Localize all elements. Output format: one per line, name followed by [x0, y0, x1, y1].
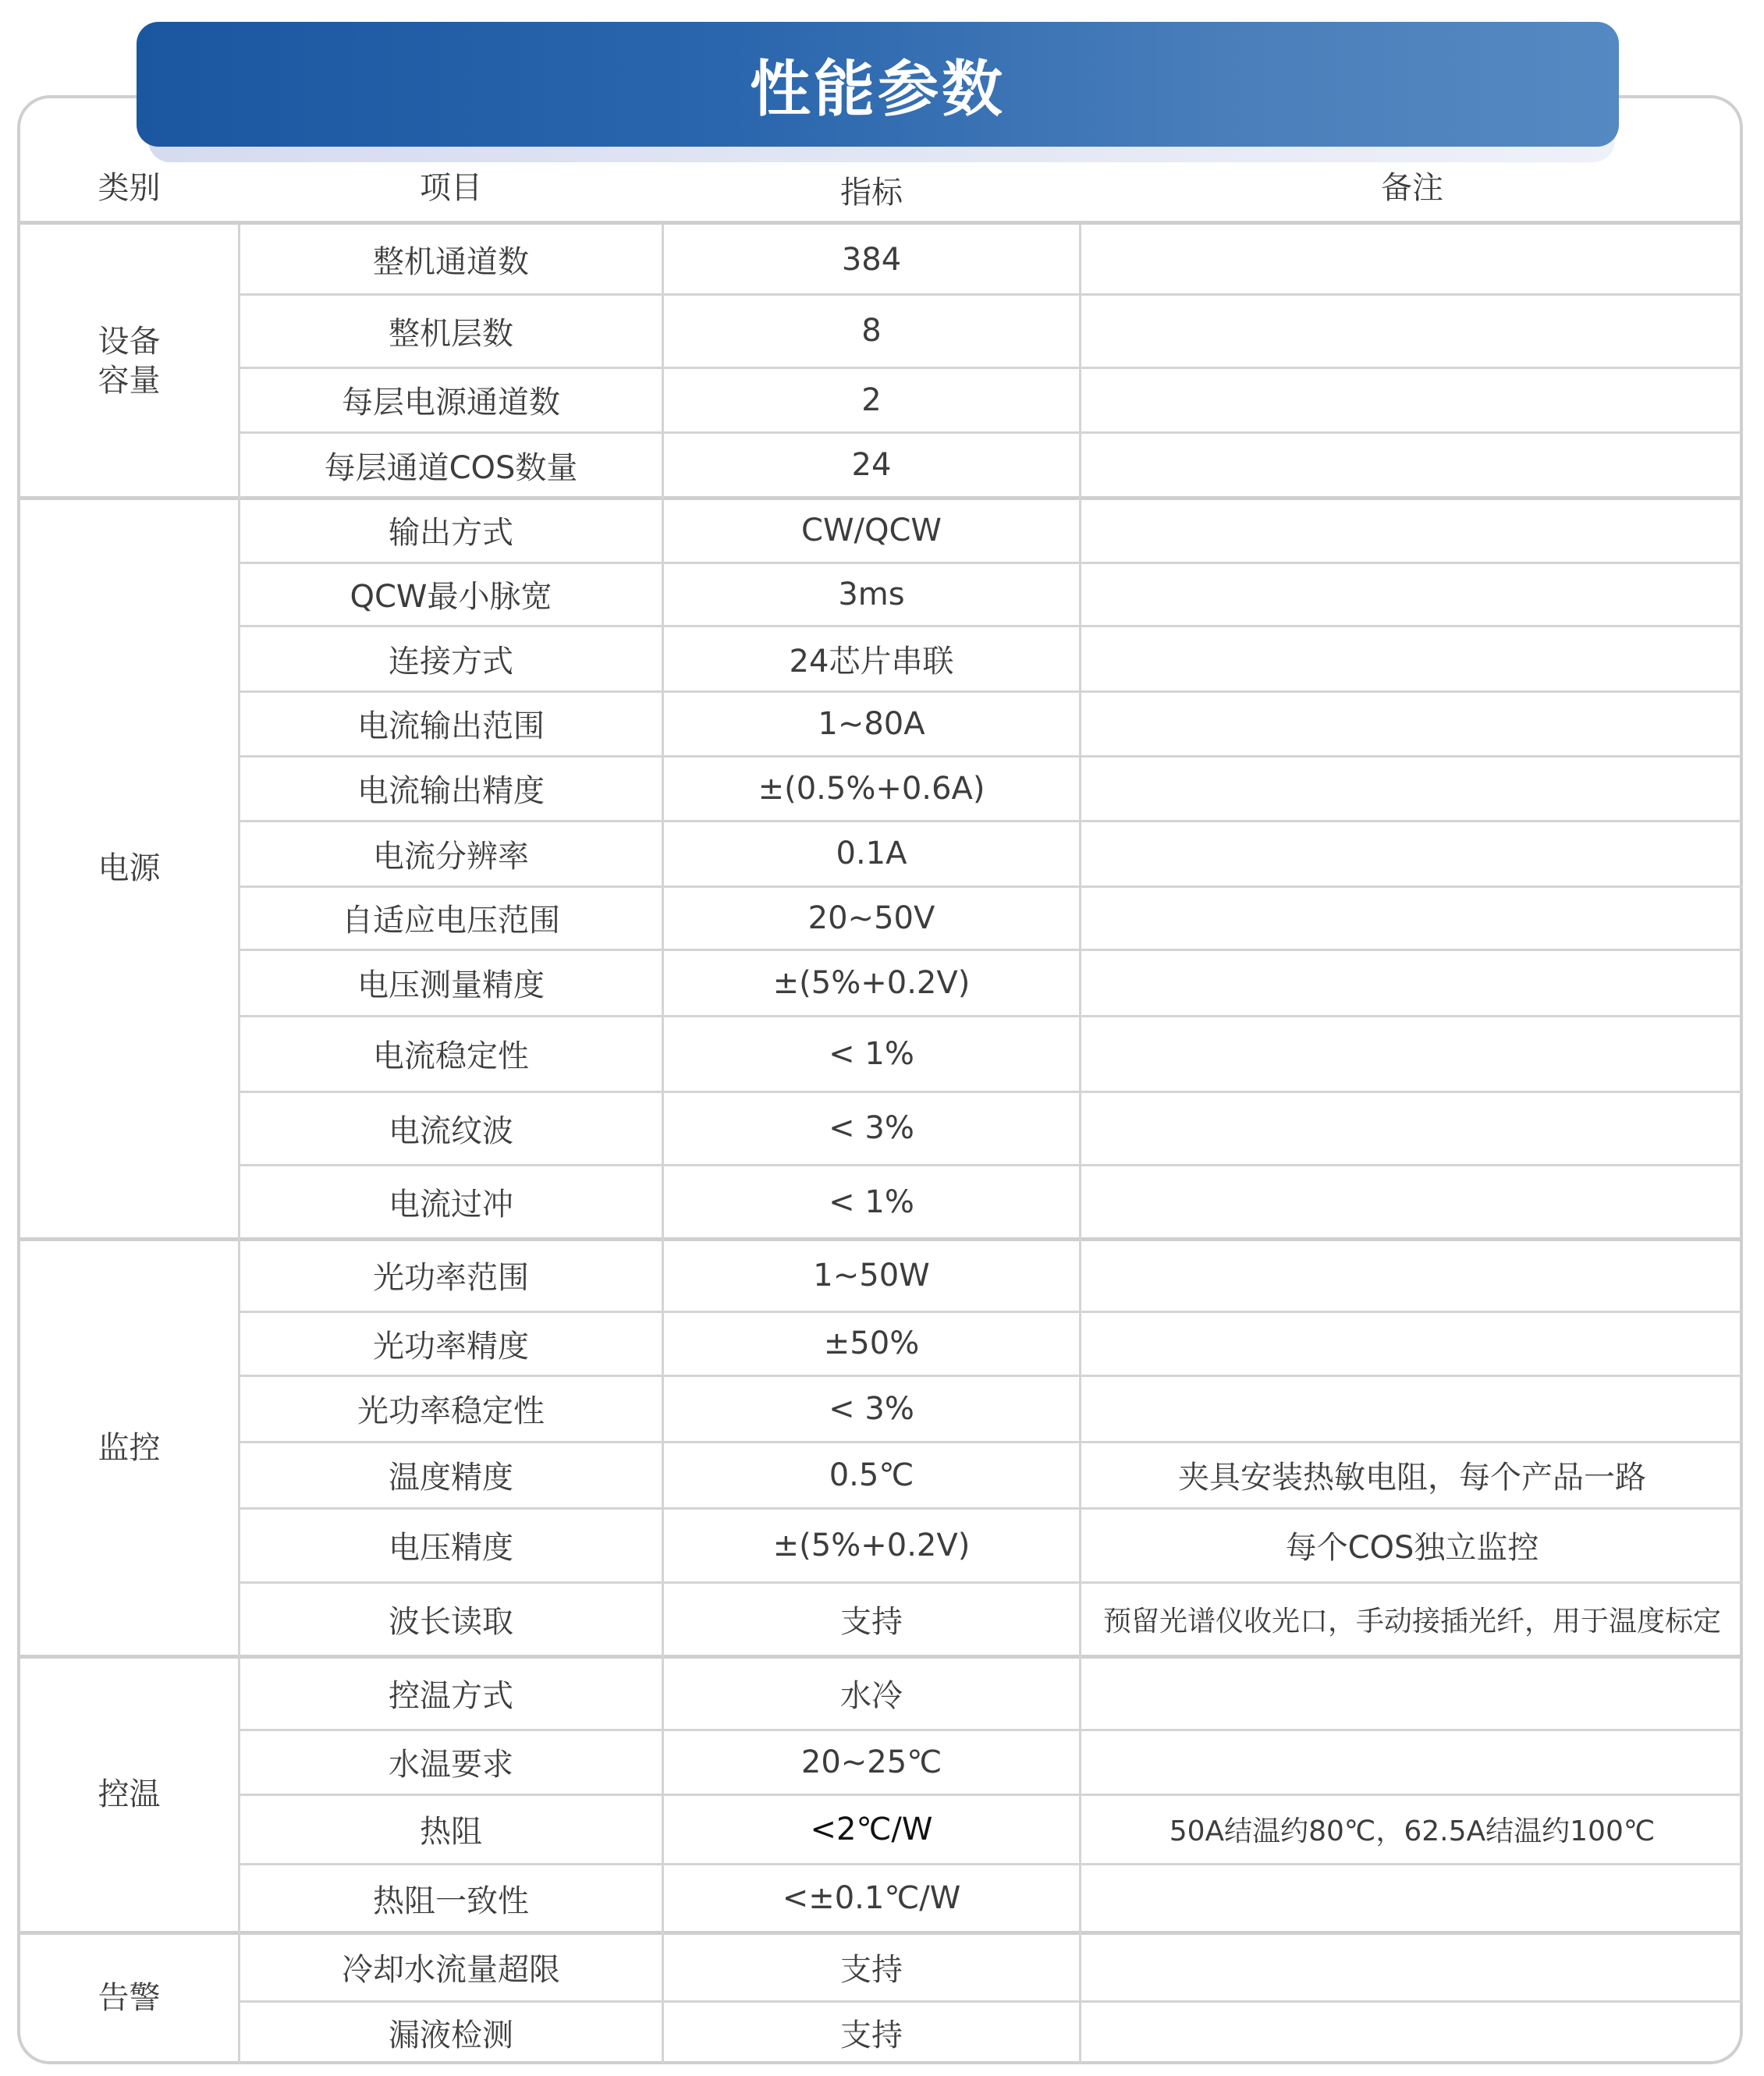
table-cell-note — [1081, 886, 1743, 949]
table-cell-item: QCW最小脉宽 — [240, 562, 662, 626]
table-cell-item: 光功率精度 — [240, 1311, 662, 1375]
table-cell-category: 设备 容量 — [20, 225, 238, 498]
table-cell-note — [1081, 1656, 1743, 1730]
table-cell-note — [1081, 498, 1743, 562]
table-cell-value: 支持 — [664, 2001, 1079, 2064]
table-cell-category: 监控 — [20, 1239, 238, 1656]
table-cell-item: 自适应电压范围 — [240, 886, 662, 949]
table-cell-item: 冷却水流量超限 — [240, 1932, 662, 2001]
table-cell-item: 电压测量精度 — [240, 949, 662, 1016]
table-cell-note — [1081, 294, 1743, 367]
header-category: 类别 — [20, 148, 238, 222]
table-cell-item: 整机层数 — [240, 294, 662, 367]
table-cell-item: 每层通道COS数量 — [240, 432, 662, 498]
header-spec: 指标 — [664, 153, 1079, 226]
table-cell-note — [1081, 1165, 1743, 1239]
table-cell-note: 预留光谱仪收光口，手动接插光纤，用于温度标定 — [1081, 1582, 1743, 1656]
table-cell-value: 0.5℃ — [664, 1442, 1079, 1508]
table-cell-note — [1081, 1932, 1743, 2001]
table-cell-note — [1081, 1375, 1743, 1442]
table-cell-value: <±0.1℃/W — [664, 1864, 1079, 1932]
table-cell-note — [1081, 225, 1743, 294]
table-cell-value: 8 — [664, 294, 1079, 367]
table-cell-value: 3ms — [664, 562, 1079, 626]
table-cell-value: < 3% — [664, 1375, 1079, 1442]
table-cell-value: < 1% — [664, 1016, 1079, 1091]
table-cell-item: 连接方式 — [240, 626, 662, 691]
table-cell-item: 每层电源通道数 — [240, 367, 662, 432]
column-divider — [662, 225, 664, 2064]
table-cell-note — [1081, 1864, 1743, 1932]
table-cell-value: 20~50V — [664, 886, 1079, 949]
table-cell-item: 电流输出精度 — [240, 756, 662, 821]
table-cell-value: 水冷 — [664, 1656, 1079, 1730]
table-cell-item: 波长读取 — [240, 1582, 662, 1656]
table-cell-note — [1081, 626, 1743, 691]
page-title: 性能参数 — [750, 41, 1006, 128]
table-cell-value: 24 — [664, 432, 1079, 498]
table-cell-item: 输出方式 — [240, 498, 662, 562]
title-banner: 性能参数 — [137, 22, 1619, 147]
table-cell-note — [1081, 949, 1743, 1016]
table-cell-value: ±50% — [664, 1311, 1079, 1375]
table-cell-item: 水温要求 — [240, 1730, 662, 1794]
table-cell-note — [1081, 432, 1743, 498]
table-cell-item: 电流纹波 — [240, 1091, 662, 1165]
table-cell-note — [1081, 691, 1743, 756]
table-cell-note: 夹具安装热敏电阻，每个产品一路 — [1081, 1442, 1743, 1508]
column-divider — [1079, 225, 1081, 2064]
table-cell-note — [1081, 367, 1743, 432]
table-cell-value: < 3% — [664, 1091, 1079, 1165]
table-cell-item: 电流过冲 — [240, 1165, 662, 1239]
table-cell-note — [1081, 2001, 1743, 2064]
table-cell-item: 控温方式 — [240, 1656, 662, 1730]
table-cell-note — [1081, 756, 1743, 821]
table-cell-value: CW/QCW — [664, 498, 1079, 562]
header-note: 备注 — [1081, 148, 1743, 222]
table-cell-item: 漏液检测 — [240, 2001, 662, 2064]
table-cell-item: 热阻 — [240, 1794, 662, 1864]
header-item: 项目 — [240, 148, 662, 222]
table-cell-value: ±(0.5%+0.6A) — [664, 756, 1079, 821]
table-cell-value: 支持 — [664, 1582, 1079, 1656]
table-cell-value: 2 — [664, 367, 1079, 432]
table-cell-value: 384 — [664, 225, 1079, 294]
table-cell-item: 电压精度 — [240, 1508, 662, 1582]
table-cell-note: 每个COS独立监控 — [1081, 1508, 1743, 1582]
table-cell-value: 1~50W — [664, 1239, 1079, 1311]
table-cell-item: 电流分辨率 — [240, 821, 662, 886]
table-cell-item: 光功率范围 — [240, 1239, 662, 1311]
table-cell-value: 24芯片串联 — [664, 626, 1079, 691]
table-cell-item: 整机通道数 — [240, 225, 662, 294]
table-cell-category: 控温 — [20, 1656, 238, 1932]
table-cell-value: 20~25℃ — [664, 1730, 1079, 1794]
table-cell-item: 电流输出范围 — [240, 691, 662, 756]
table-cell-note — [1081, 1091, 1743, 1165]
table-cell-note — [1081, 562, 1743, 626]
table-cell-item: 温度精度 — [240, 1442, 662, 1508]
table-cell-note — [1081, 1311, 1743, 1375]
table-cell-value: 0.1A — [664, 821, 1079, 886]
table-cell-item: 光功率稳定性 — [240, 1375, 662, 1442]
table-cell-value: 支持 — [664, 1932, 1079, 2001]
table-cell-note — [1081, 1239, 1743, 1311]
table-cell-category: 电源 — [20, 498, 238, 1239]
table-cell-value: 1~80A — [664, 691, 1079, 756]
table-cell-note: 50A结温约80℃，62.5A结温约100℃ — [1081, 1794, 1743, 1864]
table-cell-value: <2℃/W — [664, 1794, 1079, 1864]
table-cell-value: ±(5%+0.2V) — [664, 1508, 1079, 1582]
table-cell-note — [1081, 821, 1743, 886]
column-divider — [238, 225, 240, 2064]
table-cell-item: 热阻一致性 — [240, 1864, 662, 1932]
table-cell-value: ±(5%+0.2V) — [664, 949, 1079, 1016]
table-cell-note — [1081, 1016, 1743, 1091]
table-cell-value: < 1% — [664, 1165, 1079, 1239]
table-cell-category: 告警 — [20, 1932, 238, 2064]
table-cell-note — [1081, 1730, 1743, 1794]
table-cell-item: 电流稳定性 — [240, 1016, 662, 1091]
